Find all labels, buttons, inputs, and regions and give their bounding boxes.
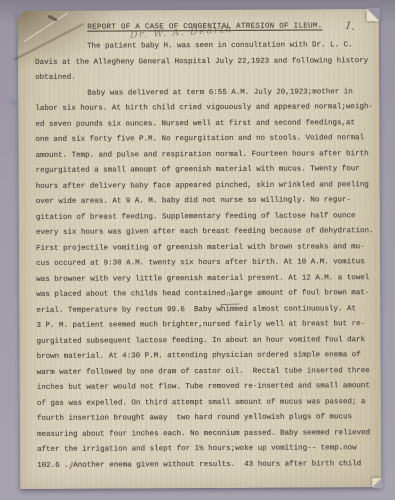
typed-line: 102.6 . Another enema given without resu… [37, 457, 377, 474]
scanned-document-screenshot: { "colors": { "background": "#9b96a3", "… [0, 0, 395, 500]
typed-line: hours after delivery baby face appeared … [36, 178, 376, 195]
typed-line: 3 P. M. patient seemed much brighter,nur… [36, 317, 376, 334]
typed-line: erial. Temperature by rectum 99.6 Baby w… [36, 302, 376, 319]
typed-text-block: REPORT OF A CASE OF CONGENITAL ATRESION … [35, 19, 377, 474]
typed-line: brown material. At 4:30 P.M. attending p… [37, 348, 377, 365]
typed-line: labor six hours. At birth child cried vi… [35, 100, 375, 117]
corner-bend-top-left [17, 10, 26, 19]
handwritten-correction-ne: ne [226, 290, 235, 298]
document-page: REPORT OF A CASE OF CONGENITAL ATRESION … [18, 9, 381, 489]
typed-line: Baby was delivered at term 6:55 A.M. Jul… [35, 85, 375, 102]
typed-line: every six hours was given after each bre… [36, 224, 376, 241]
typed-line: gitation of breast feeding. Supplementar… [36, 209, 376, 226]
typed-line: regurgitated a small amount of greenish … [36, 162, 376, 179]
typed-line: measuring about four inches each. No mec… [37, 426, 377, 443]
typed-line: of gas was expelled. On third attempt sm… [37, 395, 377, 412]
typed-line: ed seven pounds six ounces. Nursed well … [35, 116, 375, 133]
handwritten-insertion-apostrophe-s: 's [146, 166, 152, 174]
typed-line: over wide areas. At 9 A. M. baby did not… [36, 193, 376, 210]
corner-fold-flap-bottom-right [372, 478, 381, 487]
typed-line: after the irrigation and slept for 1½ ho… [37, 441, 377, 458]
typed-line: was browner with very little greenish ma… [36, 271, 376, 288]
ink-smudge-stain [7, 97, 20, 107]
typed-line: Davis at the Allegheny General Hospital … [35, 54, 375, 71]
typed-line: obtained. [35, 69, 375, 86]
typed-line: gurgitated subsequent lactose feeding. I… [36, 333, 376, 350]
typed-lines: The patient baby H. was seen in consulta… [35, 38, 377, 474]
typed-line: one and six forty five P.M. No regurgita… [35, 131, 375, 148]
typed-line: inches but water would not flow. Tube re… [37, 379, 377, 396]
handwritten-page-number: 1. [344, 20, 356, 33]
typed-line: fourth insertion brought away two hard r… [37, 410, 377, 427]
typed-line: First projectile vomiting of greenish ma… [36, 240, 376, 257]
typed-line: amount. Temp. and pulse and respiration … [35, 147, 375, 164]
typed-line: The patient baby H. was seen in consulta… [35, 38, 375, 55]
typed-line: warm water followed by one dram of casto… [37, 364, 377, 381]
typed-line: was placed about the childs head contain… [36, 286, 376, 303]
typed-line: cus occured at 9:30 A.M. twenty six hour… [36, 255, 376, 272]
